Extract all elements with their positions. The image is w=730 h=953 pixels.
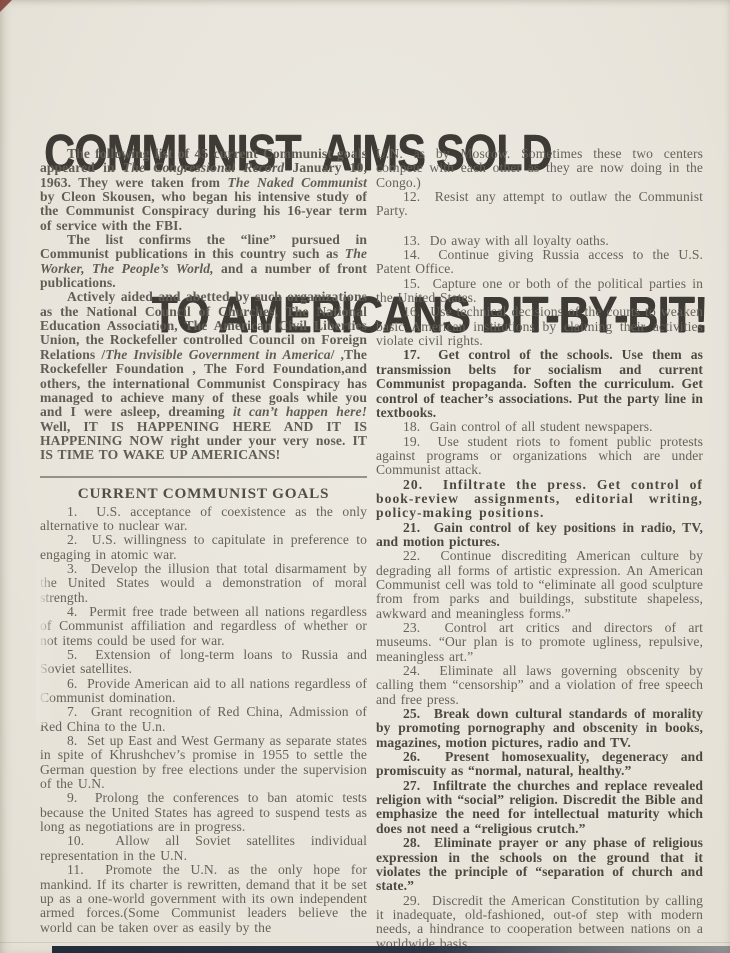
goals-list-right: 12. Resist any attempt to outlaw the Com… bbox=[376, 190, 703, 951]
section-heading: CURRENT COMMUNIST GOALS bbox=[40, 485, 367, 503]
right-column: U.N. as by Moscow. Sometimes these two c… bbox=[376, 147, 703, 951]
goal-item-21: 21. Gain control of key positions in rad… bbox=[376, 521, 703, 550]
goal-item-28: 28. Eliminate prayer or any phase of rel… bbox=[376, 836, 703, 893]
goal-item-13: 13. Do away with all loyalty oaths. bbox=[376, 234, 703, 248]
corner-mark-artifact bbox=[0, 0, 12, 12]
bottom-crease-line bbox=[0, 942, 730, 943]
goal-item-11: 11. Promote the U.N. as the only hope fo… bbox=[40, 863, 367, 935]
goal-item-19: 19. Use student riots to foment public p… bbox=[376, 435, 703, 478]
goal-item-18: 18. Gain control of all student newspape… bbox=[376, 420, 703, 434]
italic-phrase: The Naked Communist bbox=[227, 175, 367, 190]
left-column: The following list of 45 current Communi… bbox=[40, 147, 367, 951]
goal-item-1: 1. U.S. acceptance of coexistence as the… bbox=[40, 505, 367, 534]
goal-11-continuation: U.N. as by Moscow. Sometimes these two c… bbox=[376, 147, 703, 190]
goal-item-4: 4. Permit free trade between all nations… bbox=[40, 605, 367, 648]
goal-item-23: 23. Control art critics and directors of… bbox=[376, 621, 703, 664]
goal-item-6: 6. Provide American aid to all nations r… bbox=[40, 677, 367, 706]
goal-item-3: 3. Develop the illusion that total disar… bbox=[40, 562, 367, 605]
goal-item-27: 27. Infiltrate the churches and replace … bbox=[376, 779, 703, 836]
goals-list-left: 1. U.S. acceptance of coexistence as the… bbox=[40, 505, 367, 935]
goal-item-5: 5. Extension of long-term loans to Russi… bbox=[40, 648, 367, 677]
goal-item-26: 26. Present homosexuality, degeneracy an… bbox=[376, 750, 703, 779]
intro-paragraph-2: The list confirms the “line” pursued in … bbox=[40, 233, 367, 290]
italic-phrase: The Invisible Government in America bbox=[105, 347, 330, 362]
goal-item-8: 8. Set up East and West Germany as separ… bbox=[40, 734, 367, 791]
text-run: The list confirms the “line” pursued in … bbox=[40, 232, 367, 261]
flyer-page: COMMUNIST AIMS SOLD TO AMERICANS BIT-BY-… bbox=[0, 0, 730, 953]
italic-phrase: The Congressional Record bbox=[123, 160, 284, 175]
goal-item-10: 10. Allow all Soviet satellites individu… bbox=[40, 834, 367, 863]
section-divider bbox=[40, 476, 367, 478]
intro-section: The following list of 45 current Communi… bbox=[40, 147, 367, 463]
goal-item-9: 9. Prolong the conferences to ban atomic… bbox=[40, 791, 367, 834]
intro-paragraph-1: The following list of 45 current Communi… bbox=[40, 147, 367, 233]
goal-item-20: 20. Infiltrate the press. Get control of… bbox=[376, 478, 703, 521]
goal-item-12: 12. Resist any attempt to outlaw the Com… bbox=[376, 190, 703, 219]
goal-item-7: 7. Grant recognition of Red China, Admis… bbox=[40, 705, 367, 734]
goal-item-15: 15. Capture one or both of the political… bbox=[376, 277, 703, 306]
bottom-scan-edge bbox=[52, 946, 730, 953]
goal-item-22: 22. Continue discrediting American cultu… bbox=[376, 549, 703, 621]
goal-item-24: 24. Eliminate all laws governing obsceni… bbox=[376, 664, 703, 707]
intro-paragraph-3: Actively aided and abetted by such organ… bbox=[40, 290, 367, 462]
goal-item-17: 17. Get control of the schools. Use them… bbox=[376, 348, 703, 420]
two-column-body: The following list of 45 current Communi… bbox=[40, 147, 703, 951]
goal-item-16: 16. Use technical decisions of the court… bbox=[376, 305, 703, 348]
goal-item-2: 2. U.S. willingness to capitulate in pre… bbox=[40, 533, 367, 562]
text-run: Well, IT IS HAPPENING HERE AND IT IS HAP… bbox=[40, 419, 367, 463]
italic-phrase: it can’t happen here! bbox=[233, 404, 367, 419]
goal-item-25: 25. Break down cultural standards of mor… bbox=[376, 707, 703, 750]
text-run: by Cleon Skousen, who began his intensiv… bbox=[40, 189, 367, 233]
goal-item-14: 14. Continue giving Russia access to the… bbox=[376, 248, 703, 277]
